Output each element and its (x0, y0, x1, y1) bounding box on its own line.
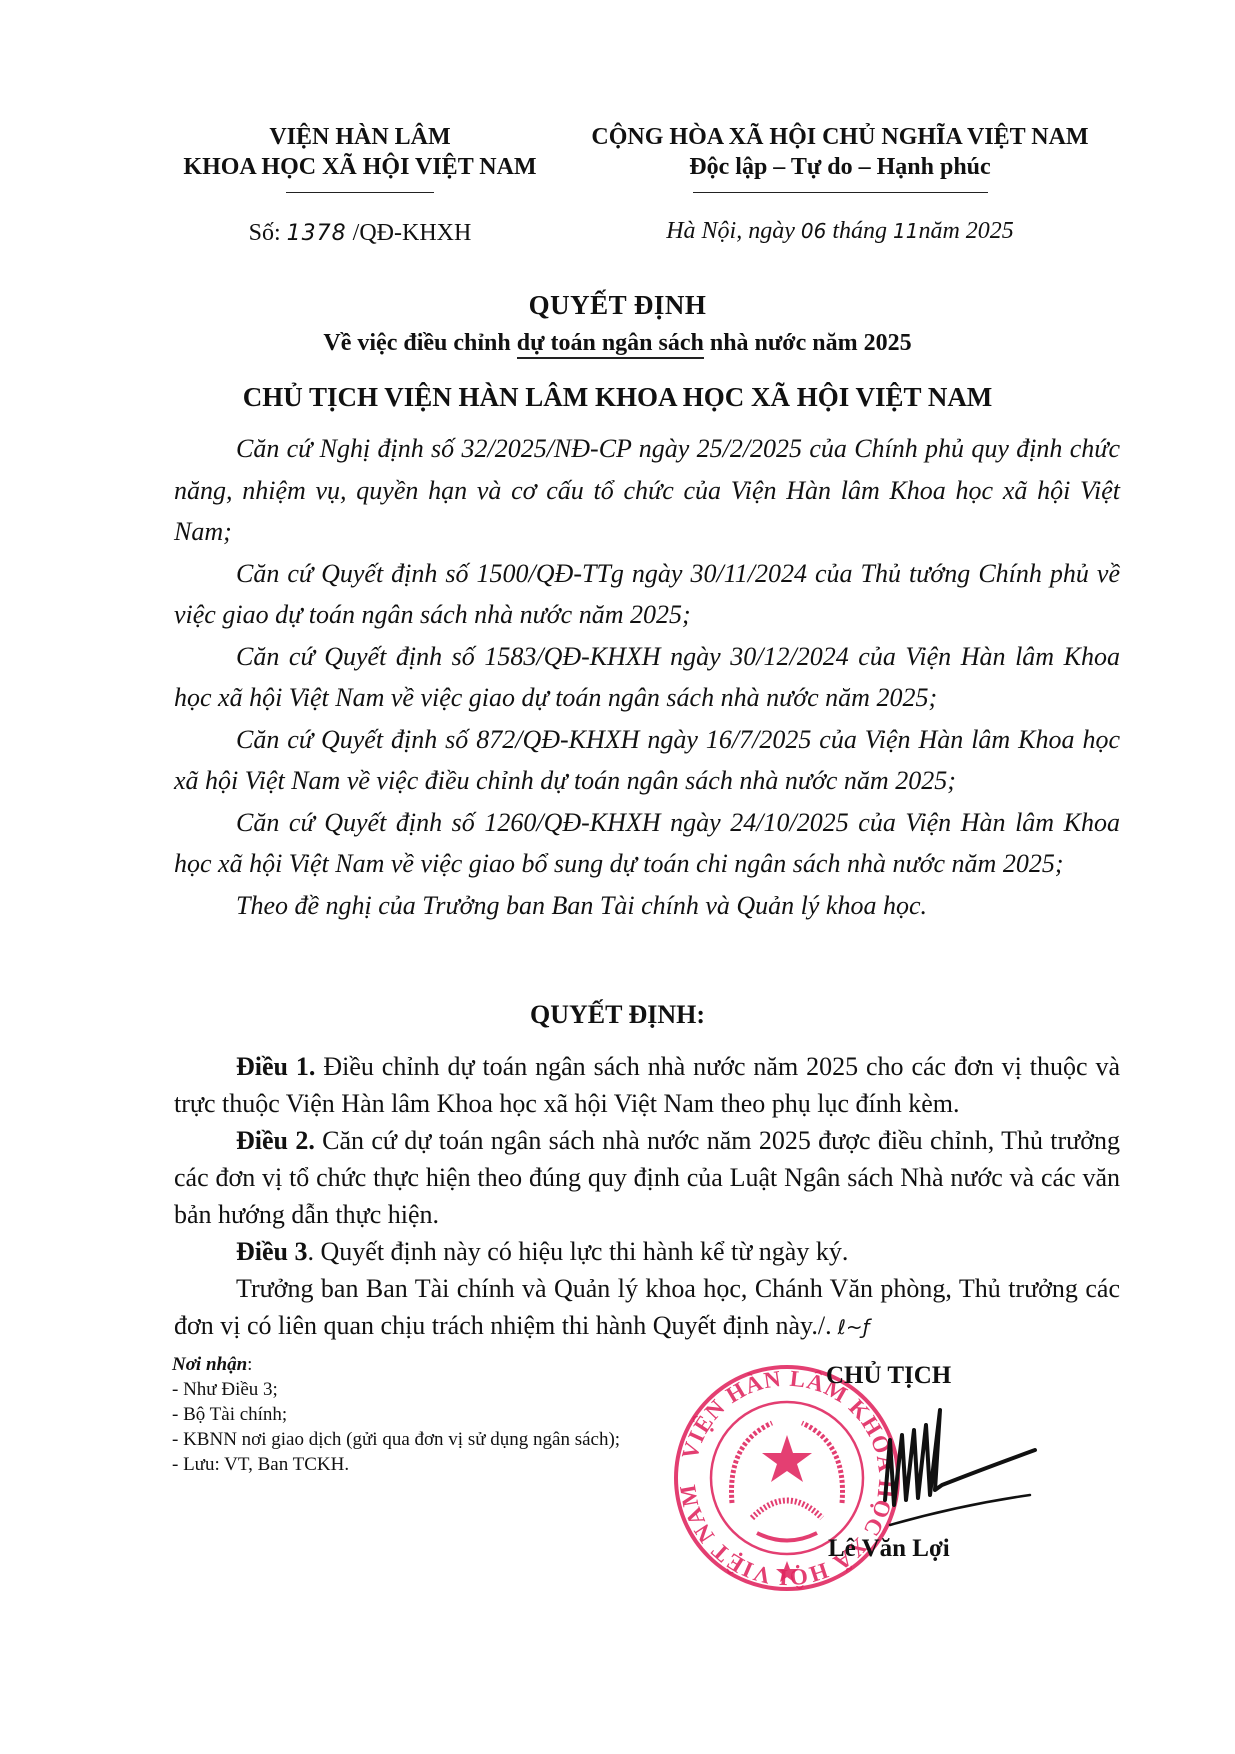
document-subtitle: Về việc điều chỉnh dự toán ngân sách nhà… (0, 330, 1235, 357)
preamble: Căn cứ Nghị định số 32/2025/NĐ-CP ngày 2… (174, 428, 1120, 926)
date-month-handwritten: 11 (893, 219, 918, 243)
signer-name: Lê Văn Lợi (828, 1535, 950, 1563)
recipient-item: - Bộ Tài chính; (172, 1402, 632, 1427)
document-date: Hà Nội, ngày 06 tháng 11năm 2025 (560, 218, 1120, 245)
article-text: Căn cứ dự toán ngân sách nhà nước năm 20… (174, 1126, 1120, 1229)
recipient-item: - KBNN nơi giao dịch (gửi qua đơn vị sử … (172, 1427, 632, 1452)
org-line-2: KHOA HỌC XÃ HỘI VIỆT NAM (160, 152, 560, 182)
number-suffix: /QĐ-KHXH (353, 220, 472, 246)
handwritten-initials: ℓ~ƒ (838, 1315, 870, 1339)
preamble-item: Căn cứ Quyết định số 1260/QĐ-KHXH ngày 2… (174, 802, 1120, 885)
article-2: Điều 2. Căn cứ dự toán ngân sách nhà nướ… (174, 1122, 1120, 1233)
preamble-item: Căn cứ Quyết định số 1583/QĐ-KHXH ngày 3… (174, 636, 1120, 719)
document-number: Số: 1378 /QĐ-KHXH (160, 220, 560, 247)
article-label: Điều 2. (236, 1126, 315, 1155)
preamble-item: Căn cứ Quyết định số 1500/QĐ-TTg ngày 30… (174, 553, 1120, 636)
preamble-item: Căn cứ Quyết định số 872/QĐ-KHXH ngày 16… (174, 719, 1120, 802)
article-3: Điều 3. Quyết định này có hiệu lực thi h… (174, 1233, 1120, 1270)
preamble-item: Theo đề nghị của Trưởng ban Ban Tài chín… (174, 885, 1120, 927)
nation-name: CỘNG HÒA XÃ HỘI CHỦ NGHĨA VIỆT NAM (560, 122, 1120, 152)
number-handwritten: 1378 (287, 221, 347, 246)
subtitle-pre: Về việc điều chỉnh (323, 330, 516, 356)
document-title: QUYẾT ĐỊNH (0, 290, 1235, 321)
nation-motto: Độc lập – Tự do – Hạnh phúc (560, 152, 1120, 182)
article-text: . Quyết định này có hiệu lực thi hành kể… (308, 1237, 849, 1266)
org-line-1: VIỆN HÀN LÂM (160, 122, 560, 152)
date-text-2: tháng (832, 218, 887, 244)
recipients-heading: Nơi nhận: (172, 1352, 632, 1377)
signer-title: CHỦ TỊCH (826, 1362, 951, 1390)
article-label: Điều 1. (236, 1052, 315, 1081)
date-text-1: Hà Nội, ngày (666, 218, 795, 244)
articles: Điều 1. Điều chỉnh dự toán ngân sách nhà… (174, 1048, 1120, 1346)
article-1: Điều 1. Điều chỉnh dự toán ngân sách nhà… (174, 1048, 1120, 1122)
closing-text: Trưởng ban Ban Tài chính và Quản lý khoa… (174, 1274, 1120, 1340)
preamble-item: Căn cứ Nghị định số 32/2025/NĐ-CP ngày 2… (174, 428, 1120, 553)
decision-heading: QUYẾT ĐỊNH: (0, 1000, 1235, 1030)
handwritten-signature-icon (880, 1390, 1040, 1540)
date-text-3: năm 2025 (918, 218, 1013, 244)
article-label: Điều 3 (236, 1237, 308, 1266)
subtitle-post: nhà nước năm 2025 (704, 330, 912, 356)
recipients: Nơi nhận: - Như Điều 3; - Bộ Tài chính; … (172, 1352, 632, 1477)
motto-divider (693, 192, 988, 193)
subtitle-underlined: dự toán ngân sách (517, 330, 704, 359)
national-motto: CỘNG HÒA XÃ HỘI CHỦ NGHĨA VIỆT NAM Độc l… (560, 122, 1120, 193)
number-prefix: Số: (249, 220, 281, 246)
recipient-item: - Như Điều 3; (172, 1377, 632, 1402)
closing-paragraph: Trưởng ban Ban Tài chính và Quản lý khoa… (174, 1270, 1120, 1346)
article-text: Điều chỉnh dự toán ngân sách nhà nước nă… (174, 1052, 1120, 1118)
issuing-authority: CHỦ TỊCH VIỆN HÀN LÂM KHOA HỌC XÃ HỘI VI… (0, 382, 1235, 413)
recipient-item: - Lưu: VT, Ban TCKH. (172, 1452, 632, 1477)
org-divider (286, 192, 434, 193)
issuing-organization: VIỆN HÀN LÂM KHOA HỌC XÃ HỘI VIỆT NAM (160, 122, 560, 193)
recipients-heading-text: Nơi nhận (172, 1354, 247, 1375)
date-day-handwritten: 06 (801, 219, 826, 243)
